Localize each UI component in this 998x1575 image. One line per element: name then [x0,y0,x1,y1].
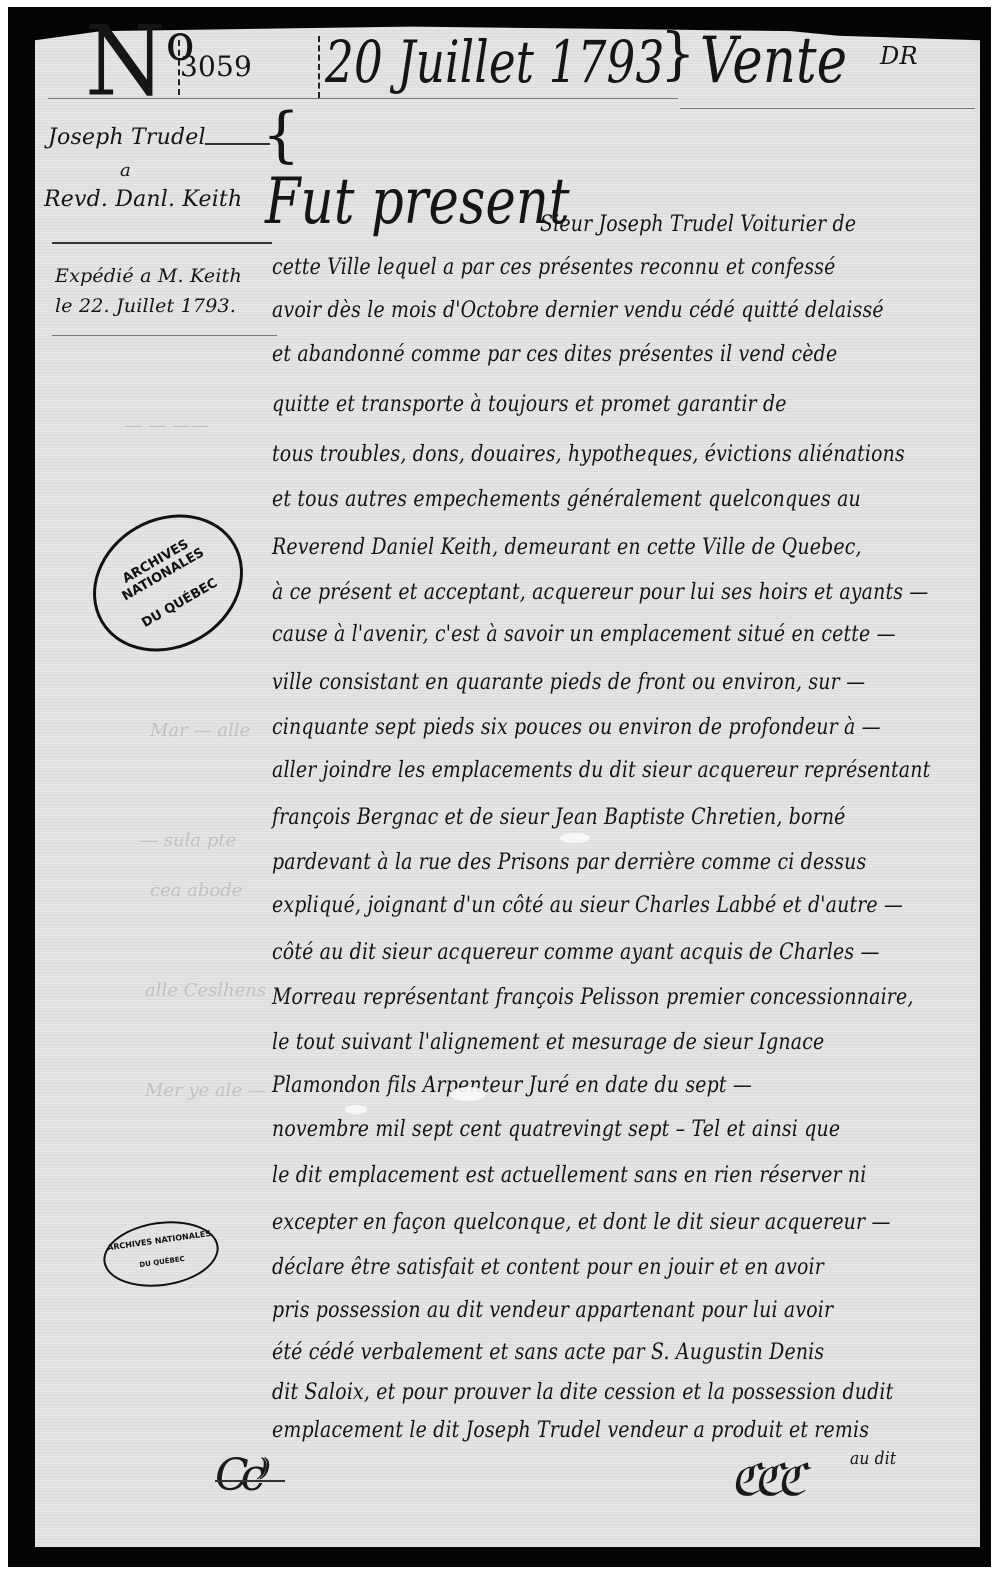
body-line: avoir dès le mois d'Octobre dernier vend… [272,298,884,323]
margin-rule [52,242,272,244]
body-line: Reverend Daniel Keith, demeurant en cett… [272,535,862,560]
body-line: quitte et transporte à toujours et prome… [272,392,787,417]
body-line: excepter en façon quelconque, et dont le… [272,1210,891,1235]
act-type: Vente [700,24,847,98]
body-line: et tous autres empechements généralement… [272,487,861,512]
body-line: le tout suivant l'alignement et mesurage… [272,1030,824,1055]
body-line: cinquante sept pieds six pouces ou envir… [272,715,881,740]
body-line: et abandonné comme par ces dites présent… [272,342,837,367]
body-line: déclare être satisfait et content pour e… [272,1255,824,1280]
body-line: novembre mil sept cent quatrevingt sept … [272,1117,840,1142]
body-line: le dit emplacement est actuellement sans… [272,1163,866,1188]
bleed-through: Mer ye ale — [145,1080,266,1101]
catchword: au dit [850,1448,896,1469]
body-line: aller joindre les emplacements du dit si… [272,758,930,783]
incipit: Fut present [265,165,570,239]
body-line: côté au dit sieur acquereur comme ayant … [272,940,880,965]
margin-note-line: le 22. Juillet 1793. [55,295,236,317]
margin-rule [52,335,277,336]
body-line: pardevant à la rue des Prisons par derri… [272,850,866,875]
bleed-through: alle Ceslhens [145,980,266,1001]
separator [318,36,320,98]
body-line: pris possession au dit vendeur appartena… [272,1298,833,1323]
body-line: Morreau représentant françois Pelisson p… [272,985,914,1010]
body-line: été cédé verbalement et sans acte par S.… [272,1340,824,1365]
header-rule [680,108,975,109]
bleed-through: — — —— [125,415,208,436]
act-number: 3059 [180,50,252,83]
body-line: Sieur Joseph Trudel Voiturier de [540,212,856,237]
header-rule [48,98,678,99]
left-paraph: Cc⁾⁾ [215,1450,263,1501]
margin-buyer: Revd. Danl. Keith [44,187,242,212]
body-line: dit Saloix, et pour prouver la dite cess… [272,1380,893,1405]
paper-blemish [450,1087,486,1101]
brace-icon: } [660,22,696,87]
margin-rule [205,143,270,145]
body-line: à ce présent et acceptant, acquereur pou… [272,580,928,605]
margin-a: a [120,160,131,181]
body-line: ville consistant en quarante pieds de fr… [272,670,865,695]
margin-note-line: Expédié a M. Keith [55,265,242,287]
body-line: cause à l'avenir, c'est à savoir un empl… [272,622,896,647]
body-line: françois Bergnac et de sieur Jean Baptis… [272,805,846,830]
paper-blemish [560,833,590,843]
margin-seller: Joseph Trudel [48,125,206,150]
brace-icon: { [262,100,300,170]
body-line: expliqué, joignant d'un côté au sieur Ch… [272,893,903,918]
notary-initials: DR [880,42,918,70]
body-line: Plamondon fils Arpenteur Juré en date du… [272,1073,752,1098]
bleed-through: — sula pte [140,830,236,851]
paraph-stroke [215,1480,285,1482]
body-line: emplacement le dit Joseph Trudel vendeur… [272,1418,869,1443]
right-paraph: ℭℭℭ [730,1455,799,1506]
act-date: 20 Juillet 1793 [325,28,664,96]
body-line: tous troubles, dons, douaires, hypothequ… [272,442,905,467]
paper-blemish [345,1105,367,1114]
bleed-through: Mar — alle [150,720,250,741]
bleed-through: cea abode [150,880,242,901]
body-line: cette Ville lequel a par ces présentes r… [272,255,836,280]
